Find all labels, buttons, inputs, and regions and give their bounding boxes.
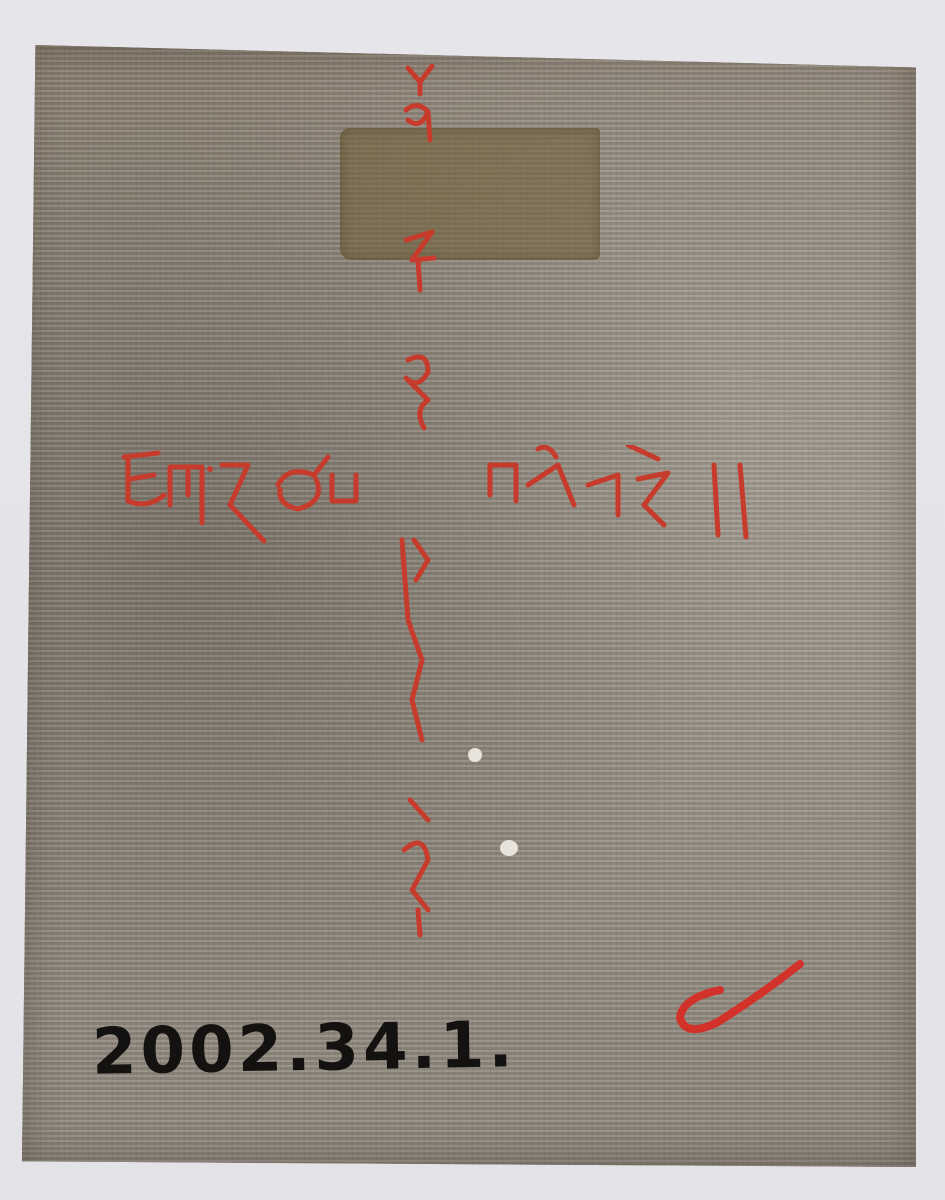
tape-patch <box>340 128 600 260</box>
hook-mark <box>672 960 804 1040</box>
hole-mark <box>500 840 518 856</box>
hole-mark <box>468 748 482 762</box>
accession-number: 2002.34.1. <box>91 1008 517 1089</box>
horizontal-inscription <box>118 445 768 555</box>
